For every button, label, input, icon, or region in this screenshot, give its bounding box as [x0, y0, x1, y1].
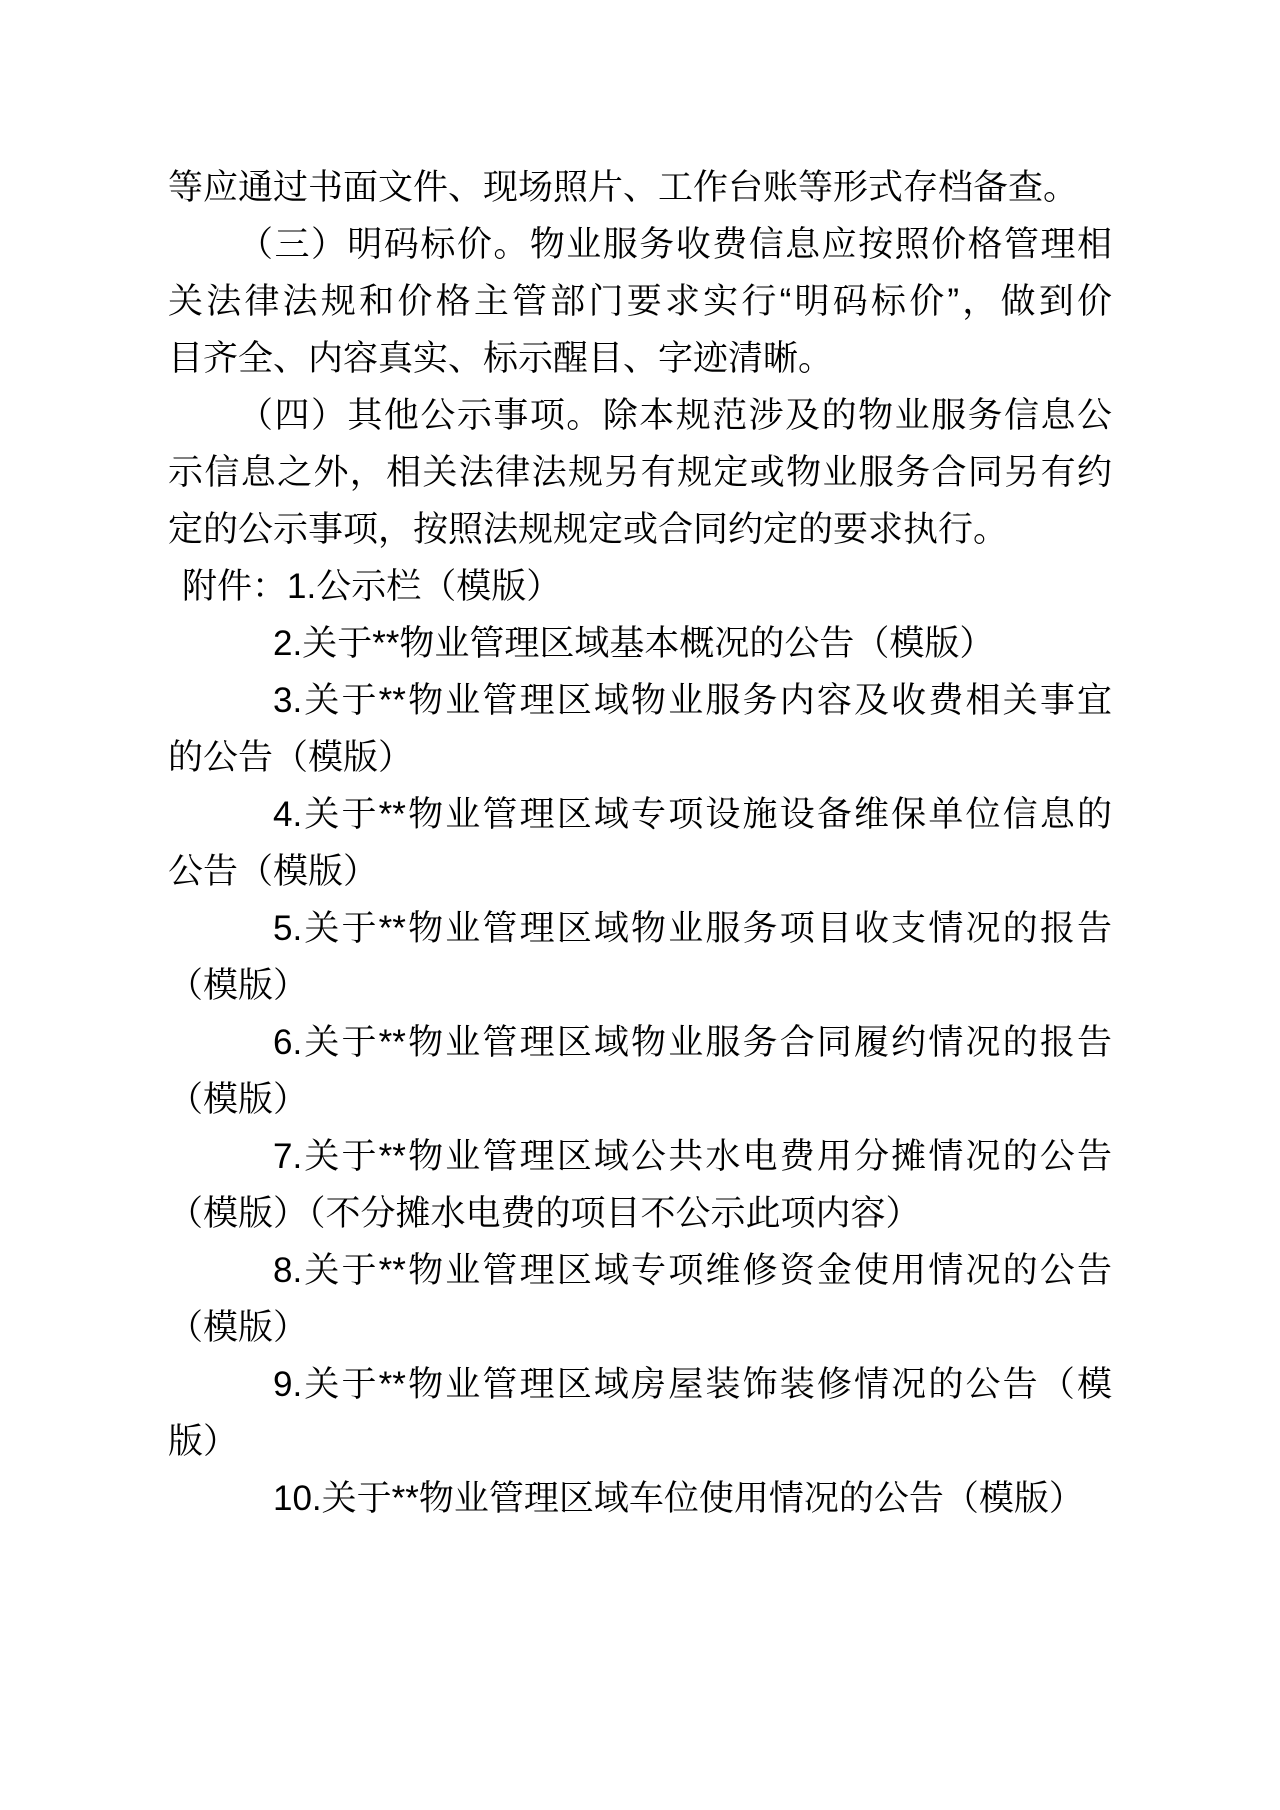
text-line: 9.关于**物业管理区域房屋装饰装修情况的公告（模 — [168, 1356, 1112, 1413]
text-line: 定的公示事项，按照法规规定或合同约定的要求执行。 — [168, 501, 1112, 558]
text-line: 3.关于**物业管理区域物业服务内容及收费相关事宜 — [168, 672, 1112, 729]
text-line: 5.关于**物业管理区域物业服务项目收支情况的报告 — [168, 900, 1112, 957]
text-line: 8.关于**物业管理区域专项维修资金使用情况的公告 — [168, 1242, 1112, 1299]
document-text-column: 等应通过书面文件、现场照片、工作台账等形式存档备查。（三）明码标价。物业服务收费… — [168, 159, 1112, 1527]
text-line: 关法律法规和价格主管部门要求实行“明码标价”，做到价 — [168, 273, 1112, 330]
text-line: 附件：1.公示栏（模版） — [168, 558, 1112, 615]
text-line: 7.关于**物业管理区域公共水电费用分摊情况的公告 — [168, 1128, 1112, 1185]
text-line: 的公告（模版） — [168, 729, 1112, 786]
text-line: （模版） — [168, 1071, 1112, 1128]
text-line: （四）其他公示事项。除本规范涉及的物业服务信息公 — [168, 387, 1112, 444]
text-line: （模版） — [168, 957, 1112, 1014]
text-line: 版） — [168, 1413, 1112, 1470]
text-line: （三）明码标价。物业服务收费信息应按照价格管理相 — [168, 216, 1112, 273]
document-page: 等应通过书面文件、现场照片、工作台账等形式存档备查。（三）明码标价。物业服务收费… — [0, 0, 1280, 1810]
text-line: 2.关于**物业管理区域基本概况的公告（模版） — [168, 615, 1112, 672]
text-line: （模版） — [168, 1299, 1112, 1356]
text-line: 目齐全、内容真实、标示醒目、字迹清晰。 — [168, 330, 1112, 387]
text-line: （模版）（不分摊水电费的项目不公示此项内容） — [168, 1185, 1112, 1242]
text-line: 公告（模版） — [168, 843, 1112, 900]
text-line: 4.关于**物业管理区域专项设施设备维保单位信息的 — [168, 786, 1112, 843]
text-line: 10.关于**物业管理区域车位使用情况的公告（模版） — [168, 1470, 1112, 1527]
text-line: 示信息之外，相关法律法规另有规定或物业服务合同另有约 — [168, 444, 1112, 501]
text-line: 等应通过书面文件、现场照片、工作台账等形式存档备查。 — [168, 159, 1112, 216]
text-line: 6.关于**物业管理区域物业服务合同履约情况的报告 — [168, 1014, 1112, 1071]
